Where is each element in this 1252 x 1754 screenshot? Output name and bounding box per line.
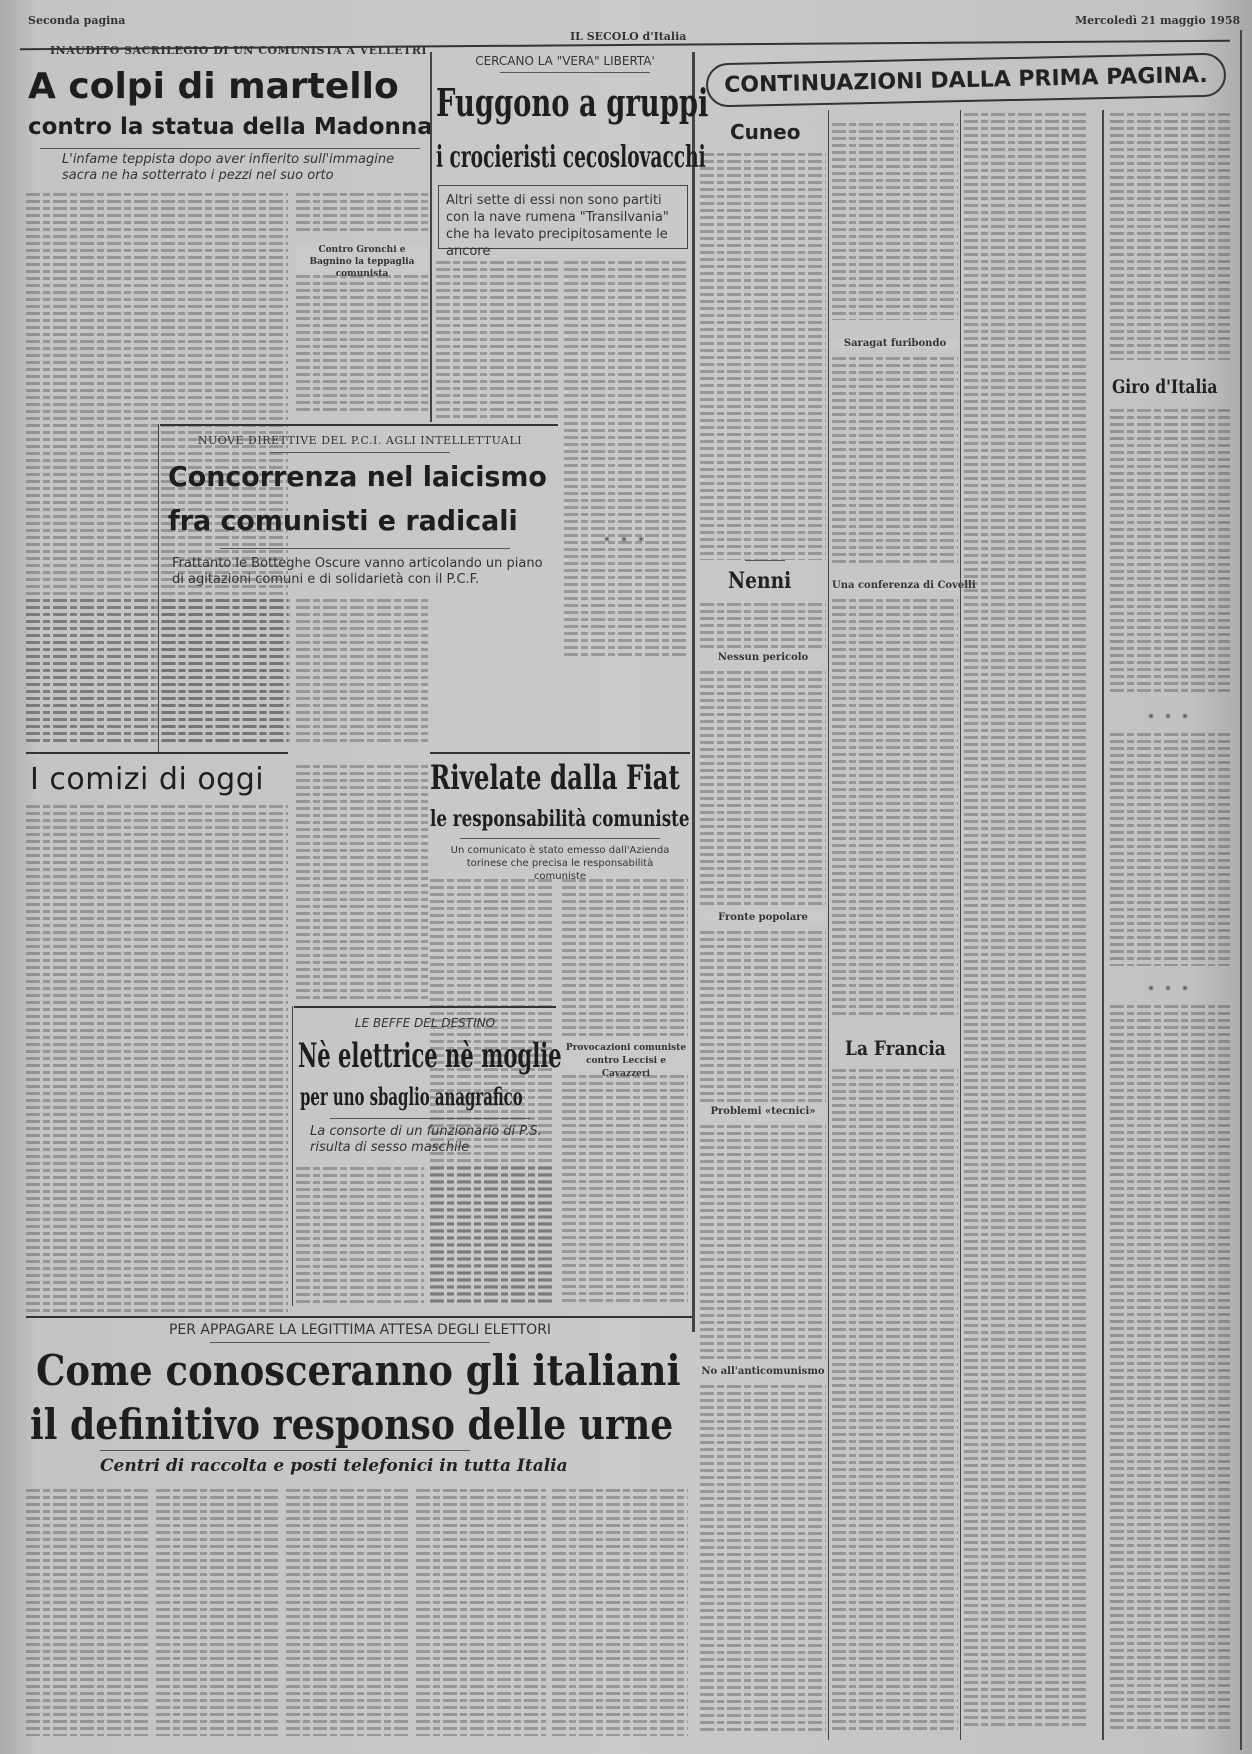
urne-body-5 [552,1486,688,1736]
section-giro-ditalia: Giro d'Italia [1112,376,1217,398]
section-nenni: Nenni [728,568,791,594]
crocieristi-kicker: CERCANO LA "VERA" LIBERTA' [440,54,690,68]
fiat-top-rule [430,752,690,754]
page-edge [1240,30,1242,1750]
urne-body-3 [286,1486,410,1736]
laicismo-headline-2: fra comunisti e radicali [168,504,518,537]
beffe-body-cont [430,1164,554,1306]
side-brief-body [296,272,428,412]
newspaper-name: IL SECOLO d'Italia [570,30,686,43]
beffe-deck: La consorte di un funzionario di P.S. ri… [310,1124,550,1156]
laicismo-kicker: NUOVE DIRETTIVE DEL P.C.I. AGLI INTELLET… [165,434,555,447]
separator-stars: * * * [564,535,688,548]
velletri-deck: L'infame teppista dopo aver infierito su… [62,152,412,184]
beffe-headline: Nè elettrice nè moglie [298,1036,562,1076]
fiat-body-cont [562,876,688,1036]
fronte-body [700,928,826,1102]
divider [460,838,660,839]
divider [745,560,785,561]
beffe-headline-2: per uno sbaglio anagrafico [300,1082,523,1111]
urne-top-rule [26,1316,692,1318]
laicismo-deck: Frattanto le Botteghe Oscure vanno artic… [172,556,557,588]
divider [100,1450,470,1451]
cuneo-body-cont [832,120,958,320]
separator-stars: * * * [1110,984,1230,997]
fiat-headline-2: le responsabilità comuniste [430,806,690,832]
covelli-body [832,596,958,1016]
urne-headline: Come conosceranno gli italiani [36,1346,681,1395]
comizi-headline: I comizi di oggi [30,762,264,797]
crocieristi-body [436,258,558,418]
laicismo-top-rule [160,424,558,426]
subhead-nessun-pericolo: Nessun pericolo [700,652,826,663]
crocieristi-body-cont [564,258,688,658]
column-3-body [964,110,1088,1730]
crocieristi-headline-2: i crocieristi cecoslovacchi [436,140,706,175]
beffe-kicker: LE BEFFE DEL DESTINO [296,1016,554,1030]
cuneo-body-lower [832,354,958,564]
laicismo-body-cont [296,596,428,744]
velletri-kicker: INAUDITO SACRILEGIO DI UN COMUNISTA A VE… [50,44,410,57]
laicismo-body [162,596,290,744]
subhead-saragat: Saragat furibondo [832,338,958,349]
velletri-body-cont [296,190,428,232]
subhead-covelli: Una conferenza di Covelli [832,580,958,591]
divider [500,72,650,73]
urne-kicker: PER APPAGARE LA LEGITTIMA ATTESA DEGLI E… [40,1322,680,1338]
continuazioni-banner: CONTINUAZIONI DALLA PRIMA PAGINA. [706,53,1227,108]
column-rule [828,110,829,1740]
nenni-body [700,600,826,650]
problemi-body [700,1122,826,1362]
nenni-body-cont [700,668,826,908]
subhead-problemi-tecnici: Problemi «tecnici» [700,1106,826,1117]
column-rule [430,52,432,422]
urne-body-2 [156,1486,280,1736]
column-rule [158,424,159,754]
subhead-fronte-popolare: Fronte popolare [700,912,826,923]
comizi-list [26,802,288,1312]
cuneo-body [700,150,826,560]
column-rule [692,52,695,1332]
laicismo-body-lower [296,762,428,1002]
column-rule [292,1006,293,1306]
page-date: Mercoledì 21 maggio 1958 [1075,14,1240,27]
column-4-body [1110,110,1230,360]
francia-body [832,1066,958,1732]
anticomunismo-body [700,1382,826,1732]
urne-deck: Centri di raccolta e posti telefonici in… [100,1456,568,1476]
crocieristi-deck: Altri sette di essi non sono partiti con… [446,192,684,260]
velletri-headline: A colpi di martello [28,66,399,107]
provocazioni-body [562,1072,688,1306]
subhead-anticomunismo: No all'anticomunismo [700,1366,826,1377]
newspaper-page: Seconda pagina IL SECOLO d'Italia Mercol… [0,0,1252,1754]
giro-body [1110,406,1230,696]
section-cuneo: Cuneo [730,120,800,144]
urne-headline-2: il definitivo responso delle urne [30,1400,673,1449]
velletri-headline-2: contro la statua della Madonna [28,114,433,140]
page-label: Seconda pagina [28,14,125,27]
column-rule [1102,110,1104,1740]
divider [40,148,420,149]
velletri-body-lower [26,596,154,744]
crocieristi-headline: Fuggono a gruppi [436,80,708,125]
divider [220,548,510,549]
column-rule [960,110,961,1740]
beffe-body [296,1164,424,1306]
urne-body-1 [26,1486,150,1736]
urne-body-4 [416,1486,546,1736]
comizi-top-rule [26,752,288,754]
divider [210,1342,490,1343]
fiat-headline: Rivelate dalla Fiat [430,758,680,798]
giro-body-cont [1110,730,1230,966]
divider [330,1118,530,1119]
giro-body-lower [1110,1002,1230,1732]
separator-stars: * * * [1110,712,1230,725]
divider [270,452,450,453]
laicismo-headline: Concorrenza nel laicismo [168,460,547,493]
section-la-francia: La Francia [845,1036,946,1060]
beffe-top-rule [294,1006,556,1008]
